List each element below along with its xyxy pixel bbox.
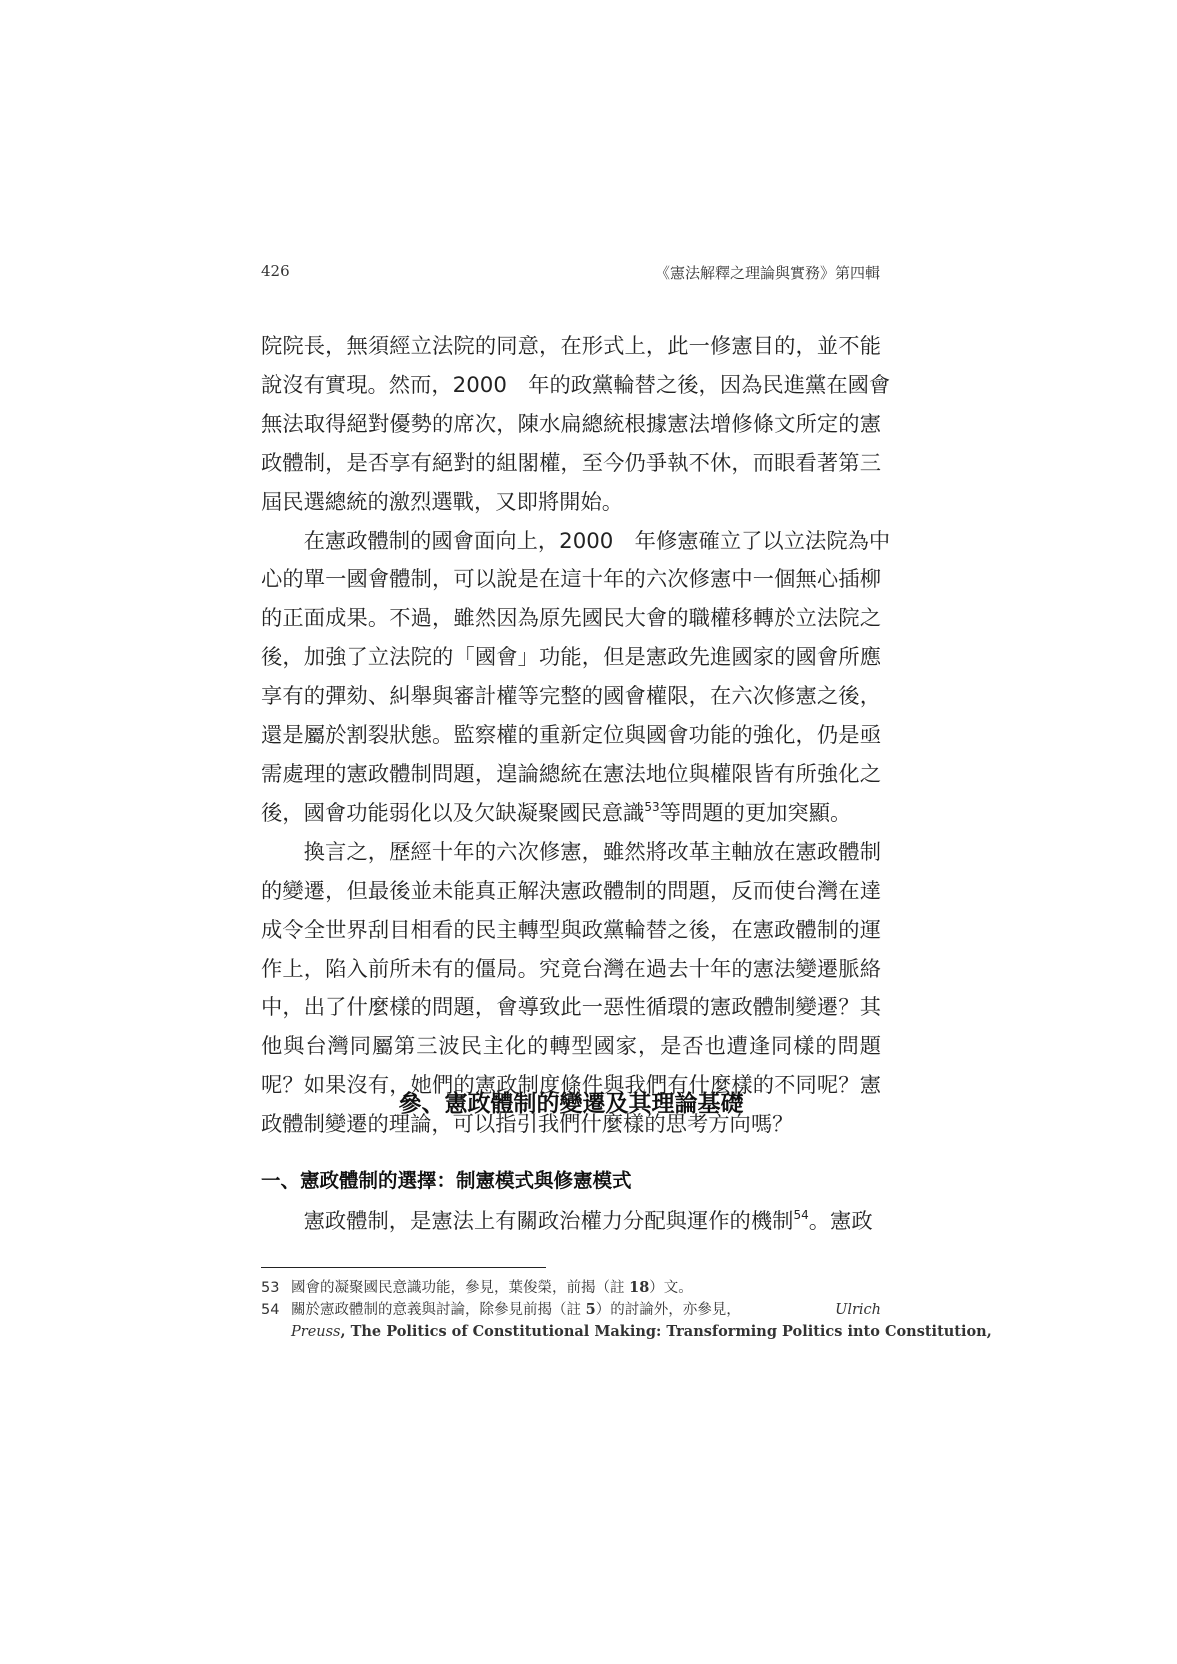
text-line: 作上，陷入前所未有的僵局。究竟台灣在過去十年的憲法變遷脈絡 (261, 951, 881, 990)
footnote-number: 53 (261, 1277, 279, 1299)
text-line: 心的單一國會體制，可以說是在這十年的六次修憲中一個無心插柳 (261, 561, 881, 600)
document-page: 426 《憲法解釋之理論與實務》第四輯 院院長，無須經立法院的同意，在形式上，此… (0, 0, 1177, 1664)
text-line: 成令全世界刮目相看的民主轉型與政黨輪替之後，在憲政體制的運 (261, 912, 881, 951)
body-text: 院院長，無須經立法院的同意，在形式上，此一修憲目的，並不能 說沒有實現。然而，2… (261, 328, 881, 1145)
text-line: 需處理的憲政體制問題，遑論總統在憲法地位與權限皆有所強化之 (261, 756, 881, 795)
text-line: 在憲政體制的國會面向上，2000 年修憲確立了以立法院為中 (261, 523, 881, 562)
text-line: 屆民選總統的激烈選戰，又即將開始。 (261, 484, 881, 523)
page-number: 426 (261, 262, 290, 280)
text-line: 中，出了什麼樣的問題，會導致此一惡性循環的憲政體制變遷？其 (261, 989, 881, 1028)
running-header: 426 《憲法解釋之理論與實務》第四輯 (261, 262, 880, 286)
paragraph-2: 在憲政體制的國會面向上，2000 年修憲確立了以立法院為中 心的單一國會體制，可… (261, 523, 881, 834)
footnote-ref-53[interactable]: 53 (644, 800, 659, 814)
text-line: 換言之，歷經十年的六次修憲，雖然將改革主軸放在憲政體制 (261, 834, 881, 873)
text-line: 後，國會功能弱化以及欠缺凝聚國民意識53等問題的更加突顯。 (261, 795, 881, 834)
text-line: 享有的彈劾、糾舉與審計權等完整的國會權限，在六次修憲之後， (261, 678, 881, 717)
footnote-ref-54[interactable]: 54 (793, 1208, 808, 1222)
closing-paragraph: 憲政體制，是憲法上有關政治權力分配與運作的機制54。憲政 (261, 1203, 881, 1242)
footnote-53: 53 國會的凝聚國民意識功能，參見，葉俊榮，前揭（註 18）文。 (261, 1277, 881, 1299)
text-line: 他與台灣同屬第三波民主化的轉型國家，是否也遭逢同樣的問題 (261, 1028, 881, 1067)
text-line: 憲政體制，是憲法上有關政治權力分配與運作的機制54。憲政 (261, 1203, 881, 1242)
text-line: 無法取得絕對優勢的席次，陳水扁總統根據憲法增修條文所定的憲 (261, 406, 881, 445)
footnote-54: 54 關於憲政體制的意義與討論，除參見前揭（註 5）的討論外，亦參見，Ulric… (261, 1299, 881, 1343)
subsection-title: 一、憲政體制的選擇：制憲模式與修憲模式 (261, 1165, 632, 1193)
footnote-divider (261, 1267, 546, 1268)
text-line: 院院長，無須經立法院的同意，在形式上，此一修憲目的，並不能 (261, 328, 881, 367)
section-title: 參、憲政體制的變遷及其理論基礎 (261, 1085, 881, 1118)
footnote-number: 54 (261, 1299, 279, 1321)
paragraph-1: 院院長，無須經立法院的同意，在形式上，此一修憲目的，並不能 說沒有實現。然而，2… (261, 328, 881, 523)
text-line: 說沒有實現。然而，2000 年的政黨輪替之後，因為民進黨在國會 (261, 367, 881, 406)
text-line: 政體制，是否享有絕對的組閣權，至今仍爭執不休，而眼看著第三 (261, 445, 881, 484)
text-line: 後，加強了立法院的「國會」功能，但是憲政先進國家的國會所應 (261, 639, 881, 678)
book-title: 《憲法解釋之理論與實務》第四輯 (655, 262, 880, 283)
text-line: 的正面成果。不過，雖然因為原先國民大會的職權移轉於立法院之 (261, 600, 881, 639)
text-line: 的變遷，但最後並未能真正解決憲政體制的問題，反而使台灣在達 (261, 873, 881, 912)
footnotes: 53 國會的凝聚國民意識功能，參見，葉俊榮，前揭（註 18）文。 54 關於憲政… (261, 1277, 881, 1343)
text-line: 還是屬於割裂狀態。監察權的重新定位與國會功能的強化，仍是亟 (261, 717, 881, 756)
